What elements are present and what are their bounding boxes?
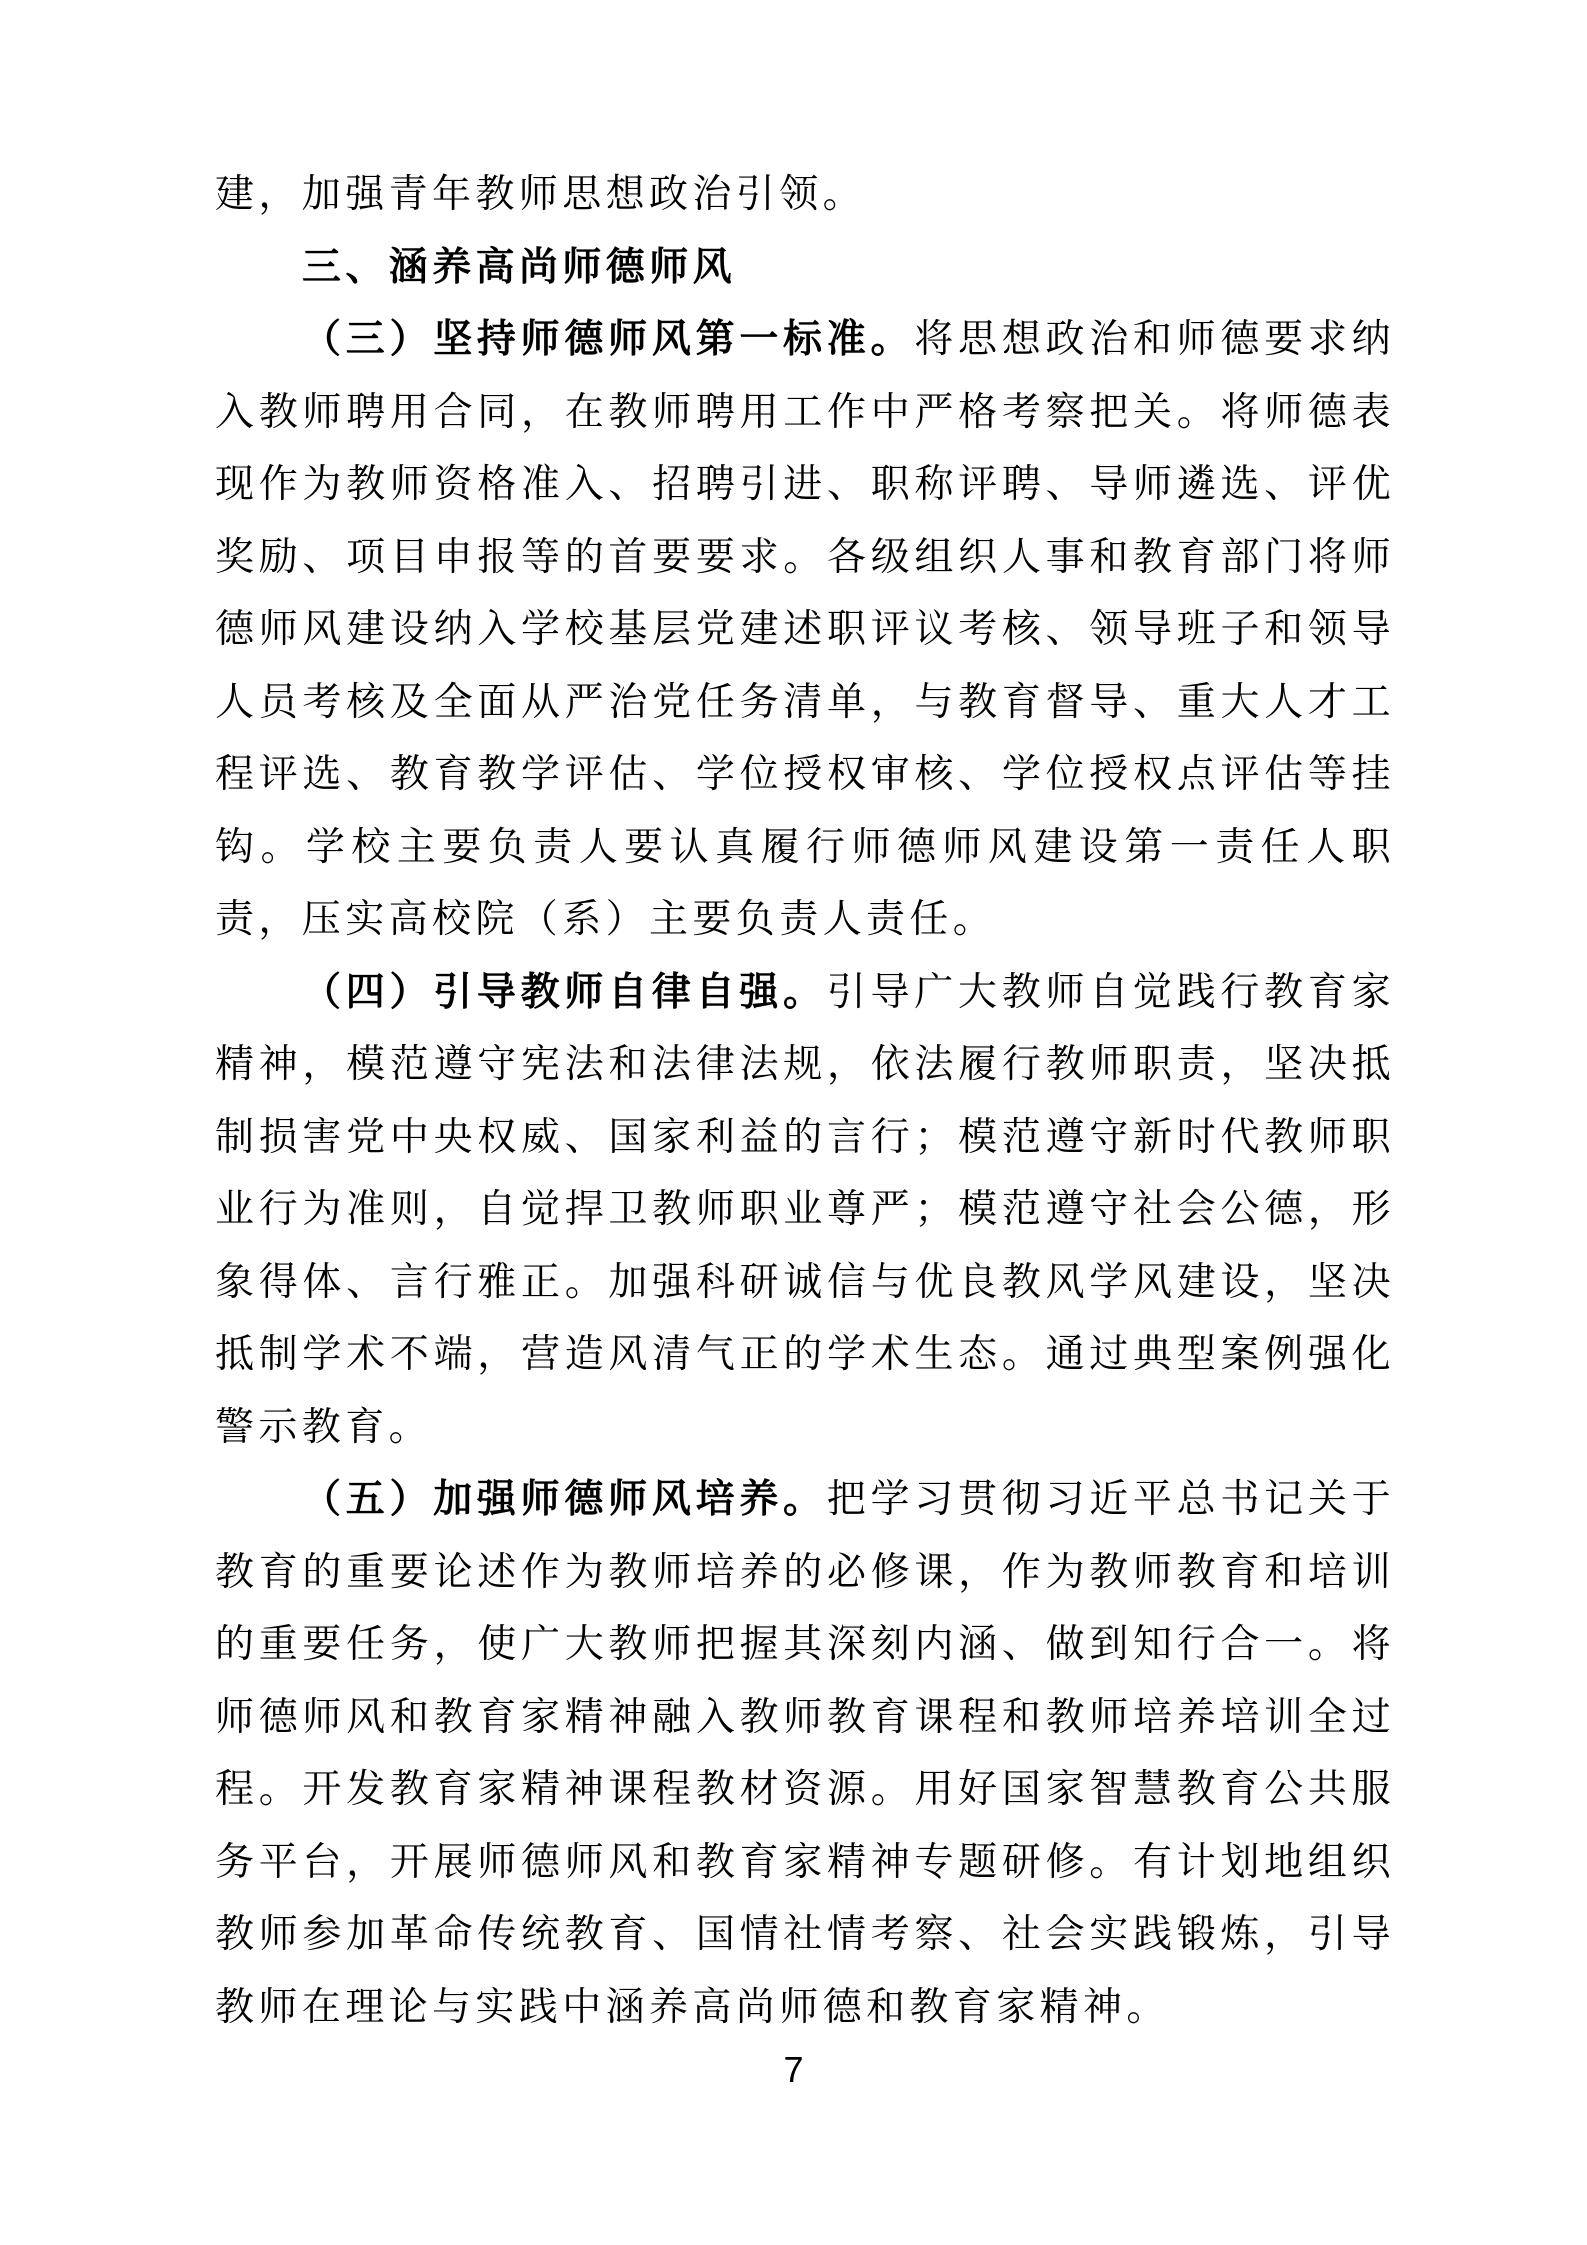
- paragraph-text: 将思想政治和师德要求纳入教师聘用合同，在教师聘用工作中严格考察把关。将师德表现作…: [215, 318, 1395, 941]
- paragraph-lead: （三）坚持师德师风第一标准。: [302, 318, 914, 361]
- paragraph-item-3: （三）坚持师德师风第一标准。将思想政治和师德要求纳入教师聘用合同，在教师聘用工作…: [215, 304, 1395, 957]
- paragraph-lead: （四）引导教师自律自强。: [302, 971, 827, 1014]
- paragraph-text: 引导广大教师自觉践行教育家精神，模范遵守宪法和法律法规，依法履行教师职责，坚决抵…: [215, 971, 1395, 1449]
- document-body: 建，加强青年教师思想政治引领。 三、涵养高尚师德师风 （三）坚持师德师风第一标准…: [215, 159, 1395, 2044]
- section-heading: 三、涵养高尚师德师风: [215, 232, 1395, 305]
- document-page: 建，加强青年教师思想政治引领。 三、涵养高尚师德师风 （三）坚持师德师风第一标准…: [0, 0, 1587, 2245]
- paragraph-lead: （五）加强师德师风培养。: [302, 1478, 827, 1521]
- paragraph-text: 把学习贯彻习近平总书记关于教育的重要论述作为教师培养的必修课，作为教师教育和培训…: [215, 1478, 1395, 2029]
- paragraph-item-4: （四）引导教师自律自强。引导广大教师自觉践行教育家精神，模范遵守宪法和法律法规，…: [215, 957, 1395, 1465]
- page-number: 7: [0, 2050, 1587, 2090]
- paragraph-item-5: （五）加强师德师风培养。把学习贯彻习近平总书记关于教育的重要论述作为教师培养的必…: [215, 1464, 1395, 2044]
- paragraph-continuation: 建，加强青年教师思想政治引领。: [215, 159, 1395, 232]
